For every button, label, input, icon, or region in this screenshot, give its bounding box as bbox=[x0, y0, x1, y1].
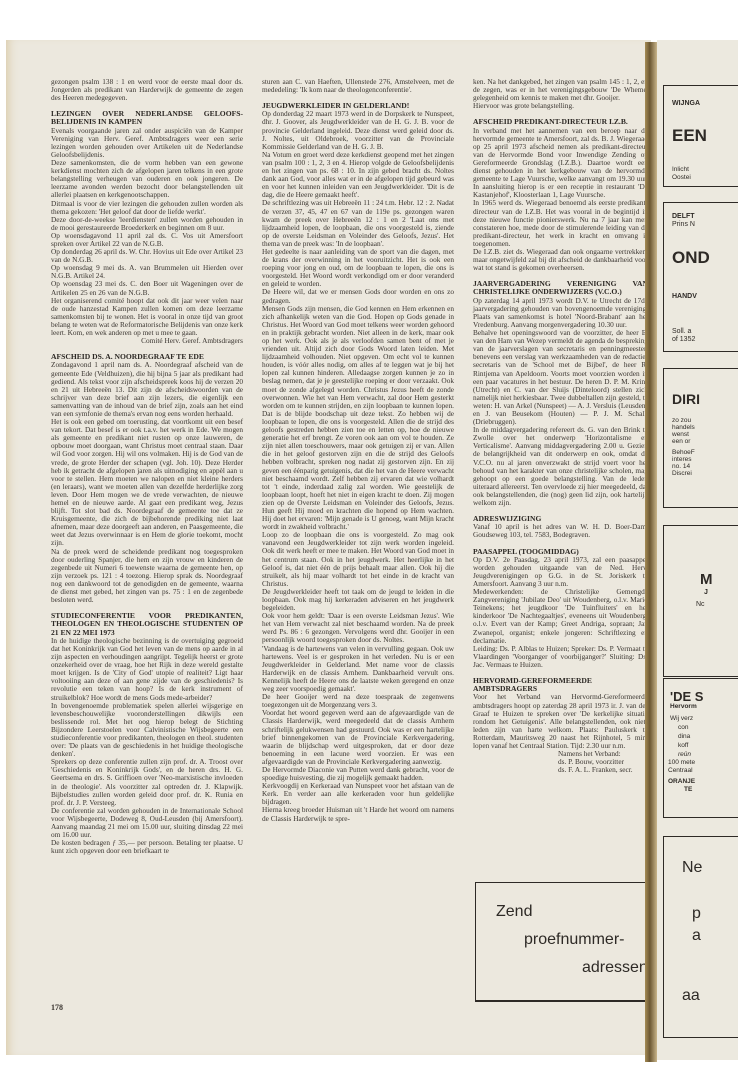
article-paragraph: Na de preek werd de scheidende predikant… bbox=[51, 548, 243, 605]
article-paragraph: Leiding: Ds. P. Alblas te Huizen; Spreke… bbox=[473, 645, 648, 669]
column-1-intro: gezongen psalm 138 : 1 en werd voor de e… bbox=[51, 78, 243, 102]
article-paragraph: De I.Z.B. ziet ds. Wiegeraad dan ook ong… bbox=[473, 248, 648, 272]
article-paragraph: Het organiserend comité hoopt dat ook di… bbox=[51, 297, 243, 337]
facing-ad-5: 'DE S Hervorm Wij verz con dina koff reü… bbox=[663, 678, 738, 818]
article-paragraph: Deze door-de-weekse 'leerdiensten' zulle… bbox=[51, 216, 243, 232]
article-paragraph: Het gedeelte is naar aanleiding van de s… bbox=[262, 248, 454, 288]
facing-ad-6: Ne p a aa bbox=[663, 836, 738, 1038]
article-paragraph: Kerkvoogdij en Kerkeraad van Nunspeet vo… bbox=[262, 782, 454, 806]
article-paragraph: Loop zo de loopbaan die ons is voorgeste… bbox=[262, 531, 454, 588]
article-paragraph: 'Vandaag is de hartewens van velen in ve… bbox=[262, 645, 454, 694]
article-paragraph: Medewerkenden: de Christelijke Gemengde … bbox=[473, 588, 648, 645]
article-paragraph: Sprekers op deze conferentie zullen zijn… bbox=[51, 758, 243, 807]
article-paragraph: Het is ook een gebed om toerusting, dat … bbox=[51, 418, 243, 548]
facing-ad-2: DELFT Prins N OND HANDV Soll. a of 1352 bbox=[663, 202, 738, 352]
article-paragraph: De schriftlezing was uit Hebreeën 11 : 2… bbox=[262, 199, 454, 248]
article-paragraph: Op donderdag 26 april ds. W. Chr. Hovius… bbox=[51, 248, 243, 264]
article-paragraph: De Jeugdwerkleider heeft tot taak om de … bbox=[262, 588, 454, 612]
article-paragraph: Op woensdag 9 mei ds. A. van Brummelen u… bbox=[51, 264, 243, 280]
page-number: 178 bbox=[51, 1003, 63, 1012]
column-3: ken. Na het dankgebed, het zingen van ps… bbox=[473, 78, 648, 774]
ad-line-2: proefnummer- bbox=[524, 931, 624, 949]
article-paragraph: Op D.V. 2e Paasdag, 23 april 1973, zal e… bbox=[473, 556, 648, 588]
ad-line-1: Zend bbox=[496, 903, 532, 921]
article-signature-line: ds. F. A. L. Franken, secr. bbox=[473, 766, 648, 774]
column-2-intro: sturen aan C. van Haeften, Ullenstede 27… bbox=[262, 78, 454, 94]
article-paragraph: Op zaterdag 14 april 1973 wordt D.V. te … bbox=[473, 297, 648, 329]
article-paragraph: De conferentie zal worden gehouden in de… bbox=[51, 807, 243, 839]
article-paragraph: Evenals voorgaande jaren zal onder auspi… bbox=[51, 127, 243, 159]
article-heading: STUDIECONFERENTIE VOOR PREDIKANTEN, THEO… bbox=[51, 612, 243, 637]
article-paragraph: Op woensdagavond 11 april zal ds. C. Vos… bbox=[51, 232, 243, 248]
article-paragraph: Voor het Verband van Hervormd-Gereformee… bbox=[473, 693, 648, 750]
column-1: gezongen psalm 138 : 1 en werd voor de e… bbox=[51, 78, 243, 855]
article-paragraph: De Hervormde Diaconie van Putten werd da… bbox=[262, 766, 454, 782]
article-paragraph: Hierna kreeg broeder Huisman uit 't Hard… bbox=[262, 806, 454, 822]
article-paragraph: Na Votum en groet werd deze kerkdienst g… bbox=[262, 151, 454, 200]
article-heading: HERVORMD-GEREFORMEERDE AMBTSDRAGERS bbox=[473, 677, 648, 693]
article-paragraph: De Heere wil, dat we er mensen Gods door… bbox=[262, 288, 454, 304]
column-3-intro: ken. Na het dankgebed, het zingen van ps… bbox=[473, 78, 648, 102]
article-paragraph: In de huidige theologische bezinning is … bbox=[51, 637, 243, 702]
article-paragraph: De heer Gooijer werd na deze toespraak d… bbox=[262, 693, 454, 709]
article-paragraph: In bovengenoemde problematiek spelen all… bbox=[51, 702, 243, 759]
article-paragraph: Op woensdag 23 mei ds. C. den Boer uit W… bbox=[51, 280, 243, 296]
article-paragraph: In 1965 werd ds. Wiegeraad benoemd als e… bbox=[473, 199, 648, 248]
ad-line-3: adressen bbox=[582, 959, 648, 977]
article-heading: JAARVERGADERING VERENIGING VAN CHRISTELI… bbox=[473, 280, 648, 296]
article-paragraph: Zondagavond 1 april nam ds. A. Noordegra… bbox=[51, 361, 243, 418]
article-paragraph: Op donderdag 22 maart 1973 werd in de Do… bbox=[262, 110, 454, 150]
column-3-intro-2: Hiervoor was grote belangstelling. bbox=[473, 102, 648, 110]
article-paragraph: Vanaf 10 april is het adres van W. H. D.… bbox=[473, 523, 648, 539]
article-heading: LEZINGEN OVER NEDERLANDSE GELOOFS-BELIJD… bbox=[51, 110, 243, 126]
article-paragraph: Voordat het woord gegeven werd aan de af… bbox=[262, 709, 454, 766]
article-paragraph: In de middagvergadering refereert ds. G.… bbox=[473, 426, 648, 507]
article-paragraph: Ditmaal is voor de vier lezingen die geh… bbox=[51, 200, 243, 216]
book-gutter bbox=[645, 42, 657, 1062]
column-2: sturen aan C. van Haeften, Ullenstede 27… bbox=[262, 78, 454, 823]
article-paragraph: In verband met het aannemen van een bero… bbox=[473, 127, 648, 200]
article-signature: Comité Herv. Geref. Ambtsdragers bbox=[51, 337, 243, 345]
facing-ad-3: DIRI zo zou handels wenst een or BehoeF … bbox=[663, 368, 738, 508]
article-paragraph: Deze samenkomsten, die de vorm hebben va… bbox=[51, 159, 243, 199]
article-paragraph: Behalve het openingswoord van de voorzit… bbox=[473, 329, 648, 426]
facing-ad-1: WIJNGA EEN Inlicht Oostei bbox=[663, 85, 738, 187]
article-paragraph: Ook voor hem geldt: 'Daar is een overste… bbox=[262, 612, 454, 644]
article-paragraph: Mensen Gods zijn mensen, die God kennen … bbox=[262, 305, 454, 532]
article-paragraph: De kosten bedragen ƒ 35,— per persoon. B… bbox=[51, 839, 243, 855]
facing-ad-4: M J Nc bbox=[663, 525, 738, 677]
